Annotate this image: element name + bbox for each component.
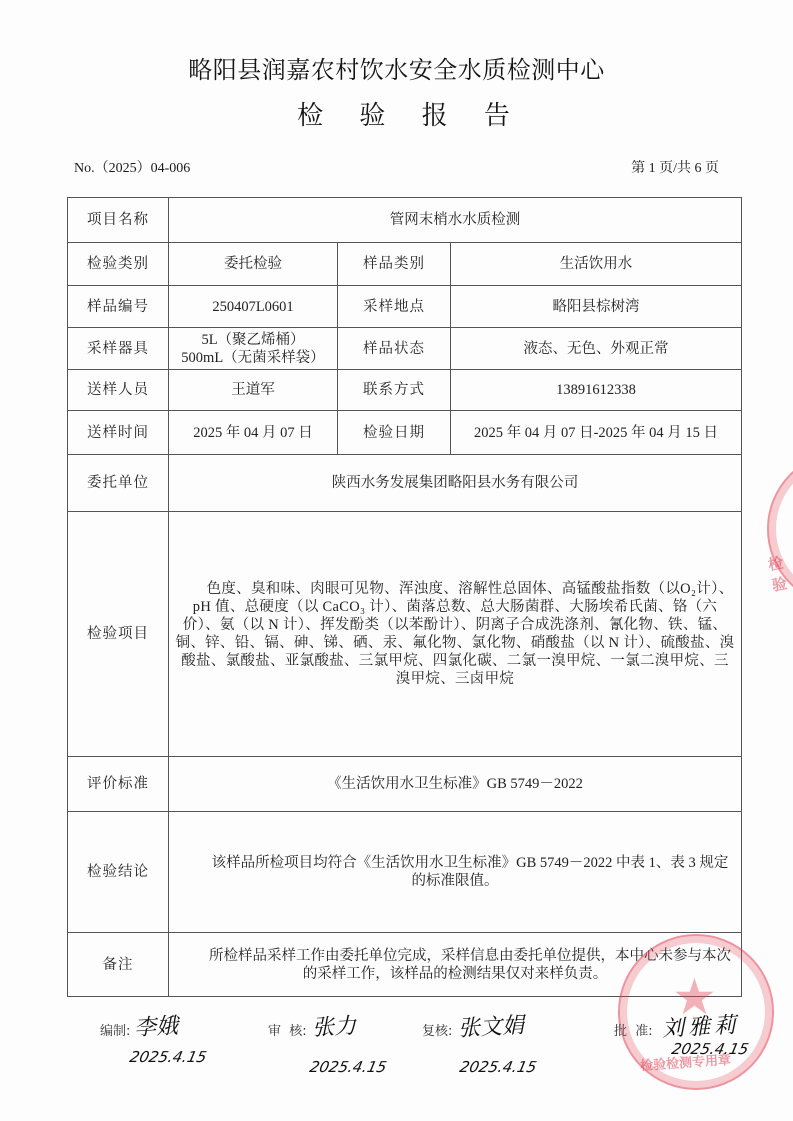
page-indicator: 第 1 页/共 6 页	[631, 157, 719, 177]
label-sender: 送样人员	[68, 370, 169, 411]
value-inspection-date: 2025 年 04 月 07 日-2025 年 04 月 15 日	[451, 411, 742, 455]
label-sample-type: 样品类别	[338, 243, 451, 286]
value-client: 陕西水务发展集团略阳县水务有限公司	[169, 455, 742, 512]
stamp-partial-text: 检验	[767, 550, 793, 595]
value-sample-type: 生活饮用水	[451, 243, 742, 286]
report-title: 检 验 报 告	[0, 95, 793, 132]
row-inspection-type: 检验类别 委托检验 样品类别 生活饮用水	[68, 243, 742, 286]
row-send-time: 送样时间 2025 年 04 月 07 日 检验日期 2025 年 04 月 0…	[68, 411, 742, 455]
sig-date-reviewed: 2025.4.15	[308, 1058, 388, 1076]
row-remarks: 备注 所检样品采样工作由委托单位完成，采样信息由委托单位提供，本中心未参与本次的…	[68, 933, 742, 997]
value-inspection-type: 委托检验	[169, 243, 338, 286]
label-contact: 联系方式	[338, 370, 451, 411]
sig-label-reviewed: 审 核:	[268, 1020, 307, 1039]
value-project-name: 管网末梢水水质检测	[169, 198, 742, 243]
label-inspection-type: 检验类别	[68, 243, 169, 286]
value-sampling-site: 略阳县棕树湾	[451, 286, 742, 328]
row-evaluation-standard: 评价标准 《生活饮用水卫生标准》GB 5749－2022	[68, 757, 742, 812]
label-sampling-equipment: 采样器具	[68, 328, 169, 370]
label-sampling-site: 采样地点	[338, 286, 451, 328]
equipment-line-2: 500mL（无菌采样袋）	[171, 349, 335, 367]
report-table: 项目名称 管网末梢水水质检测 检验类别 委托检验 样品类别 生活饮用水 样品编号…	[67, 197, 742, 997]
label-sample-no: 样品编号	[68, 286, 169, 328]
sig-date-approved: 2025.4.15	[670, 1040, 750, 1058]
row-client: 委托单位 陕西水务发展集团略阳县水务有限公司	[68, 455, 742, 512]
org-title: 略阳县润嘉农村饮水安全水质检测中心	[0, 50, 793, 85]
label-conclusion: 检验结论	[68, 812, 169, 933]
row-conclusion: 检验结论 该样品所检项目均符合《生活饮用水卫生标准》GB 5749－2022 中…	[68, 812, 742, 933]
label-send-time: 送样时间	[68, 411, 169, 455]
value-contact: 13891612338	[451, 370, 742, 411]
row-sample-no: 样品编号 250407L0601 采样地点 略阳县棕树湾	[68, 286, 742, 328]
conclusion-text: 该样品所检项目均符合《生活饮用水卫生标准》GB 5749－2022 中表 1、表…	[212, 855, 729, 889]
label-inspection-items: 检验项目	[68, 512, 169, 757]
value-sampling-equipment: 5L（聚乙烯桶） 500mL（无菌采样袋）	[169, 328, 338, 370]
inspection-items-text: 色度、臭和味、肉眼可见物、浑浊度、溶解性总固体、高锰酸盐指数（以O₂计）、pH …	[176, 581, 735, 687]
label-project-name: 项目名称	[68, 198, 169, 243]
sig-label-compiled: 编制:	[100, 1020, 130, 1039]
label-remarks: 备注	[68, 933, 169, 997]
label-inspection-date: 检验日期	[338, 411, 451, 455]
row-sender: 送样人员 王道军 联系方式 13891612338	[68, 370, 742, 411]
signature-compiled: 李娥	[133, 1009, 179, 1042]
signature-rechecked: 张文娟	[457, 1008, 525, 1042]
row-sampling-equipment: 采样器具 5L（聚乙烯桶） 500mL（无菌采样袋） 样品状态 液态、无色、外观…	[68, 328, 742, 370]
sig-label-approved: 批 准:	[614, 1020, 653, 1039]
value-sample-state: 液态、无色、外观正常	[451, 328, 742, 370]
signature-reviewed: 张力	[311, 1009, 357, 1042]
sig-date-compiled: 2025.4.15	[128, 1048, 208, 1066]
value-sender: 王道军	[169, 370, 338, 411]
sig-date-rechecked: 2025.4.15	[458, 1058, 538, 1076]
report-number: No.（2025）04-006	[74, 157, 190, 177]
value-conclusion: 该样品所检项目均符合《生活饮用水卫生标准》GB 5749－2022 中表 1、表…	[169, 812, 742, 933]
value-evaluation-standard: 《生活饮用水卫生标准》GB 5749－2022	[169, 757, 742, 812]
remarks-text: 所检样品采样工作由委托单位完成，采样信息由委托单位提供，本中心未参与本次的采样工…	[209, 948, 731, 982]
value-remarks: 所检样品采样工作由委托单位完成，采样信息由委托单位提供，本中心未参与本次的采样工…	[169, 933, 742, 997]
signature-approved: 刘雅莉	[661, 1008, 741, 1043]
value-sample-no: 250407L0601	[169, 286, 338, 328]
row-inspection-items: 检验项目 色度、臭和味、肉眼可见物、浑浊度、溶解性总固体、高锰酸盐指数（以O₂计…	[68, 512, 742, 757]
equipment-line-1: 5L（聚乙烯桶）	[171, 331, 335, 349]
row-project-name: 项目名称 管网末梢水水质检测	[68, 198, 742, 243]
value-inspection-items: 色度、臭和味、肉眼可见物、浑浊度、溶解性总固体、高锰酸盐指数（以O₂计）、pH …	[169, 512, 742, 757]
label-sample-state: 样品状态	[338, 328, 451, 370]
label-evaluation-standard: 评价标准	[68, 757, 169, 812]
value-send-time: 2025 年 04 月 07 日	[169, 411, 338, 455]
label-client: 委托单位	[68, 455, 169, 512]
sig-label-rechecked: 复核:	[422, 1020, 452, 1039]
